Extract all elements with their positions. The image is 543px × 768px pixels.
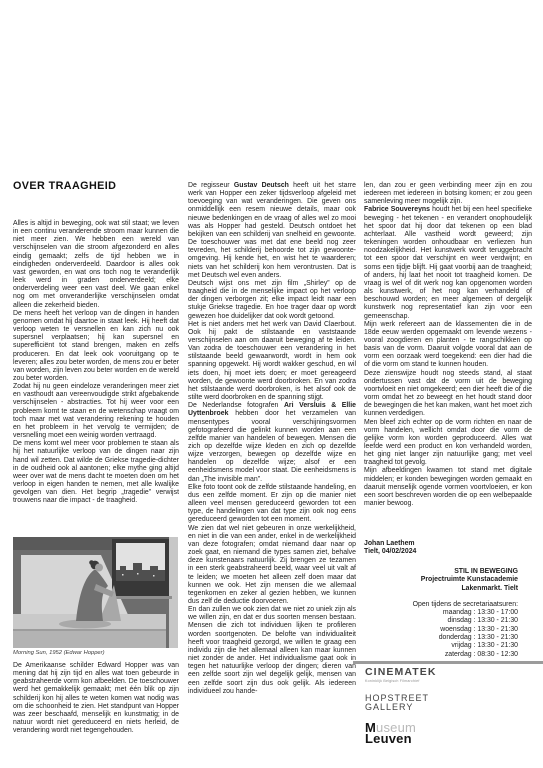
event-address: Lakenmarkt. Tielt <box>413 585 518 593</box>
paragraph: Mijn werk refereert aan de klassementen … <box>364 321 532 370</box>
paragraph: Deutsch wijst ons met zijn film „Shirley… <box>188 280 356 321</box>
paragraph: De regisseur Gustav Deutsch heeft uit he… <box>188 182 356 280</box>
cinematek-subtitle: Koninklijk Belgisch Filmarchief <box>365 679 437 683</box>
paragraph: Alles is altijd in beweging, ook wat sti… <box>13 220 179 310</box>
cinematek-logo: CINEMATEK Koninklijk Belgisch Filmarchie… <box>365 666 437 683</box>
event-block: STIL IN BEWEGING Projectruimte Kunstacad… <box>413 568 518 659</box>
paragraph: Fabrice Souvereyns houdt het bij een hee… <box>364 206 532 320</box>
event-schedule: maandag : 13:30 - 17:00dinsdag : 13:30 -… <box>413 609 518 659</box>
paragraph: De mens komt wel meer voor problemen te … <box>13 440 179 505</box>
hopstreet-line2: GALLERY <box>365 703 429 712</box>
hopstreet-gallery-logo: HOPSTREET GALLERY <box>365 694 429 711</box>
museum-city: Leuven <box>365 734 416 745</box>
column-left-continued: De Amerikaanse schilder Edward Hopper wa… <box>13 662 179 735</box>
signature-block: Johan Laethem Tielt, 04/02/2024 <box>364 540 416 556</box>
column-left: Alles is altijd in beweging, ook wat sti… <box>13 220 179 505</box>
schedule-row: vrijdag : 13:30 - 21:30 <box>413 642 518 650</box>
document-page: OVER TRAAGHEID Alles is altijd in bewegi… <box>0 0 543 768</box>
signature-name: Johan Laethem <box>364 540 416 548</box>
event-hours-intro: Open tijdens de secretariaatsuren: <box>413 601 518 609</box>
artwork-caption: Morning Sun, 1952 (Edwar Hopper) <box>13 650 105 656</box>
paragraph: len, dan zou er geen verbinding meer zij… <box>364 182 532 206</box>
column-middle: De regisseur Gustav Deutsch heeft uit he… <box>188 182 356 696</box>
event-title: STIL IN BEWEGING <box>413 568 518 576</box>
paragraph: We zien dat wel niet gebeuren in onze we… <box>188 525 356 607</box>
paragraph: Men bleef zich echter op de vorm richten… <box>364 419 532 468</box>
paragraph: De mens heeft het verloop van de dingen … <box>13 310 179 383</box>
schedule-row: woensdag : 13:30 - 21:30 <box>413 626 518 634</box>
paragraph: Zodat hij nu geen eindeloze veranderinge… <box>13 383 179 440</box>
divider-rule <box>353 661 543 664</box>
signature-place-date: Tielt, 04/02/2024 <box>364 548 416 556</box>
paragraph: De Nederlandse fotografen Ari Versluis &… <box>188 402 356 484</box>
column-right: len, dan zou er geen verbinding meer zij… <box>364 182 532 508</box>
page-title: OVER TRAAGHEID <box>13 180 116 192</box>
paragraph: En dan zullen we ook zien dat we niet zo… <box>188 606 356 696</box>
schedule-row: dinsdag : 13:30 - 21:30 <box>413 617 518 625</box>
paragraph: Het is niet anders met het werk van Davi… <box>188 321 356 403</box>
paragraph: Mijn afbeeldingen kwamen tot stand met d… <box>364 467 532 508</box>
paragraph: De Amerikaanse schilder Edward Hopper wa… <box>13 662 179 735</box>
artwork-image <box>13 537 178 648</box>
event-venue: Projectruimte Kunstacademie <box>413 576 518 584</box>
schedule-row: zaterdag : 08:30 - 12:30 <box>413 651 518 659</box>
paragraph: Deze zienswijze houdt nog steeds stand, … <box>364 370 532 419</box>
paragraph: Elke foto toont ook de zelfde stilstaand… <box>188 484 356 525</box>
museum-leuven-logo: Museum Leuven <box>365 723 416 745</box>
schedule-row: maandag : 13:30 - 17:00 <box>413 609 518 617</box>
schedule-row: donderdag : 13:30 - 21:30 <box>413 634 518 642</box>
cinematek-wordmark: CINEMATEK <box>365 666 437 678</box>
